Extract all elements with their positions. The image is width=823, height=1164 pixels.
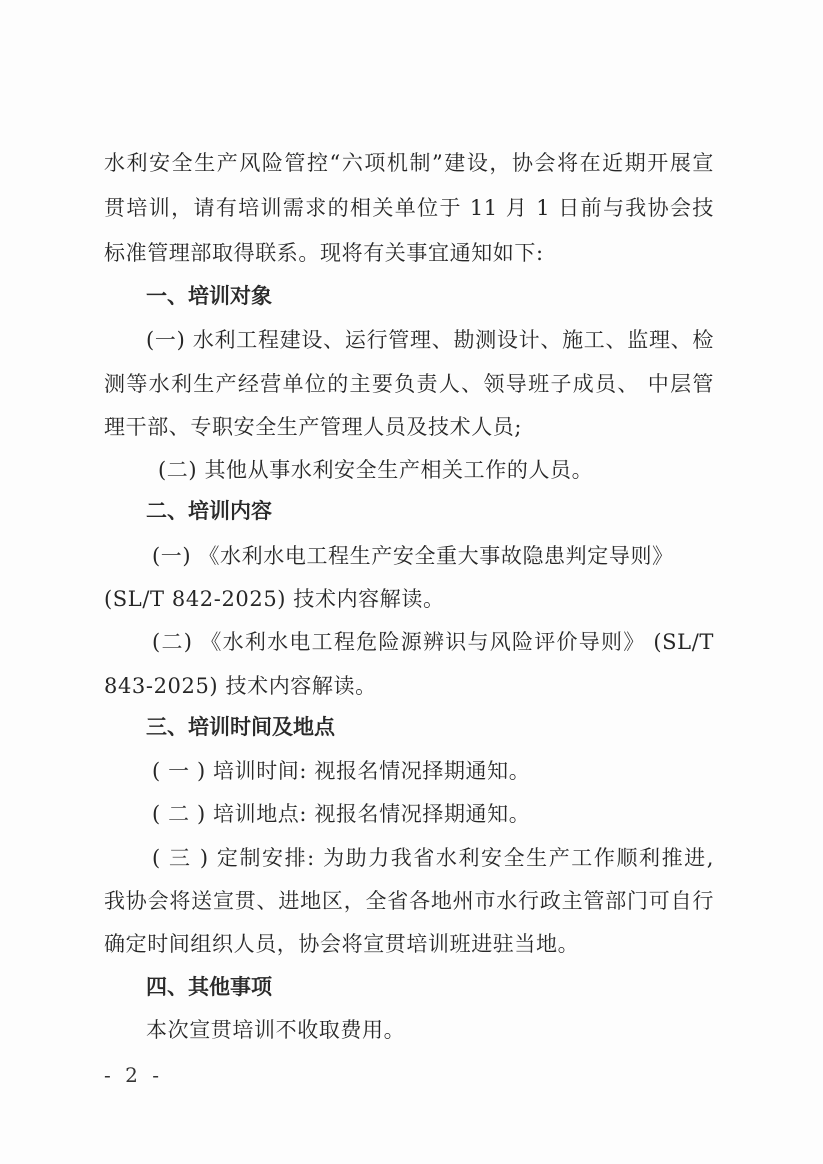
section-2-line-2: (SL/T 842-2025) 技术内容解读。: [104, 584, 714, 614]
document-page: 水利安全生产风险管控“六项机制”建设，协会将在近期开展宣 贯培训，请有培训需求的…: [0, 0, 823, 1164]
section-3-line-2: ( 二 ) 培训地点: 视报名情况择期通知。: [152, 799, 714, 829]
section-3-line-3: ( 三 ) 定制安排: 为助力我省水利安全生产工作顺利推进,: [152, 843, 714, 873]
section-heading-other-matters: 四、其他事项: [146, 972, 714, 1002]
section-heading-training-content: 二、培训内容: [146, 496, 714, 526]
page-number: - 2 -: [104, 1061, 163, 1089]
section-2-line-3: (二) 《水利水电工程危险源辨识与风险评价导则》 (SL/T: [152, 627, 714, 657]
section-1-line-1: (一) 水利工程建设、运行管理、勘测设计、施工、监理、检: [146, 325, 714, 355]
section-1-line-4: (二) 其他从事水利安全生产相关工作的人员。: [158, 455, 720, 485]
intro-line-3: 标准管理部取得联系。现将有关事宜通知如下:: [104, 238, 714, 268]
section-1-line-2: 测等水利生产经营单位的主要负责人、领导班子成员、 中层管: [104, 369, 714, 399]
section-3-line-1: ( 一 ) 培训时间: 视报名情况择期通知。: [152, 756, 714, 786]
section-2-line-1: (一) 《水利水电工程生产安全重大事故隐患判定导则》: [152, 541, 714, 571]
intro-line-2: 贯培训，请有培训需求的相关单位于 11 月 1 日前与我协会技术: [104, 193, 714, 223]
section-heading-training-time-place: 三、培训时间及地点: [146, 712, 714, 742]
section-4-line-1: 本次宣贯培训不收取费用。: [146, 1015, 714, 1045]
intro-line-1: 水利安全生产风险管控“六项机制”建设，协会将在近期开展宣: [104, 148, 714, 178]
section-3-line-4: 我协会将送宣贯、进地区，全省各地州市水行政主管部门可自行: [104, 886, 714, 916]
section-3-line-5: 确定时间组织人员，协会将宣贯培训班进驻当地。: [104, 929, 714, 959]
section-1-line-3: 理干部、专职安全生产管理人员及技术人员;: [104, 412, 714, 442]
section-heading-training-targets: 一、培训对象: [146, 281, 714, 311]
section-2-line-4: 843-2025) 技术内容解读。: [104, 671, 714, 701]
